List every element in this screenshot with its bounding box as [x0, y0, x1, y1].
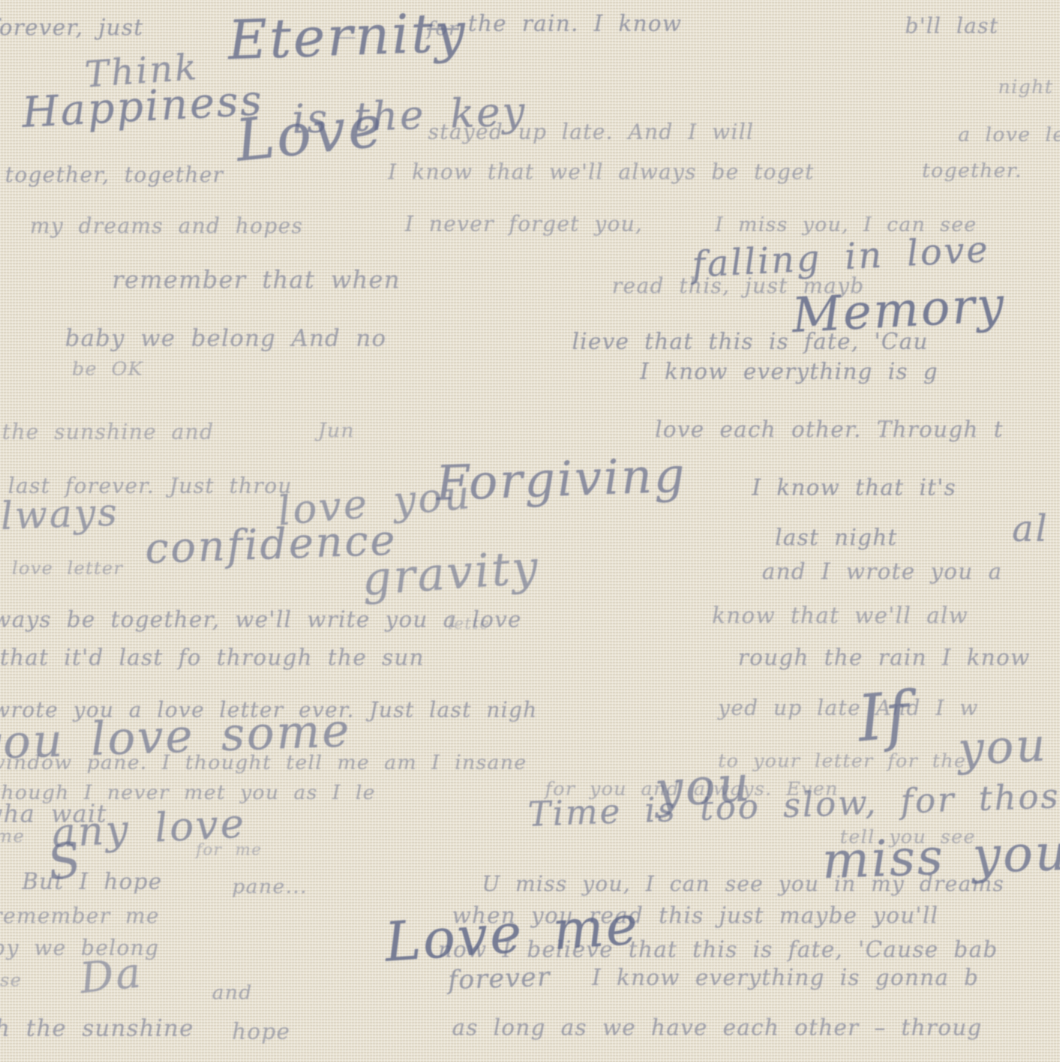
handwritten-phrase: for me: [196, 842, 262, 858]
handwritten-phrase: you: [957, 721, 1049, 772]
handwritten-phrase: rough the rain I know: [738, 648, 1030, 670]
handwritten-phrase: love letter: [12, 560, 123, 578]
handwritten-phrase: lette: [448, 616, 490, 632]
handwritten-phrase: stayed up late. And I will: [428, 122, 754, 143]
handwritten-phrase: forever: [448, 964, 551, 994]
handwritten-phrase: I know that it's: [752, 478, 956, 500]
handwritten-phrase: the rain. I know: [468, 14, 682, 36]
handwritten-phrase: as long as we have each other – throug: [452, 1018, 982, 1040]
handwritten-phrase: always: [0, 493, 120, 536]
handwritten-phrase: But I hope: [22, 872, 162, 894]
handwritten-phrase: I know everything is gonna b: [592, 968, 979, 990]
handwriting-layer: forever, just—forthe rain. I knowb'll la…: [0, 0, 1060, 1062]
handwritten-phrase: together, together: [5, 165, 224, 186]
handwritten-phrase: my dreams and hopes: [30, 216, 303, 237]
handwritten-phrase: the sunshine and: [2, 422, 214, 443]
handwritten-phrase: and: [212, 982, 253, 1002]
handwritten-phrase: be OK: [72, 360, 143, 379]
handwritten-phrase: last night: [775, 528, 898, 550]
handwritten-phrase: know that we'll alw: [712, 606, 968, 628]
handwritten-phrase: Love: [233, 97, 387, 170]
handwritten-phrase: baby we belong And no: [65, 328, 387, 351]
handwritten-phrase: b'll last: [905, 16, 999, 37]
handwritten-phrase: I know that we'll always be toget: [388, 162, 814, 183]
handwritten-phrase: me: [0, 828, 25, 846]
handwritten-phrase: hope: [232, 1022, 291, 1044]
handwritten-phrase: confidence: [144, 519, 397, 570]
handwritten-phrase: al: [1012, 512, 1049, 548]
handwritten-phrase: yed up late And I w: [718, 698, 979, 719]
handwritten-phrase: se: [0, 972, 22, 990]
handwritten-phrase: Da: [78, 952, 145, 1000]
handwritten-phrase: ways be together, we'll write you a love: [0, 610, 522, 632]
handwritten-phrase: U miss you, I can see you in my dreams: [482, 874, 1005, 895]
handwritten-phrase: Happiness: [21, 79, 265, 134]
handwritten-phrase: h the sunshine: [0, 1018, 194, 1041]
handwritten-phrase: Jun: [318, 420, 355, 440]
handwritten-phrase: I never forget you,: [405, 214, 643, 235]
handwritten-phrase: remember that when: [112, 268, 400, 292]
handwritten-phrase: night: [998, 78, 1053, 97]
handwritten-phrase: that it'd last fo through the sun: [0, 648, 424, 670]
handwritten-phrase: now I believe that this is fate, 'Cause …: [438, 940, 998, 962]
handwritten-phrase: love each other. Through t: [655, 420, 1004, 442]
handwritten-phrase: If: [855, 684, 913, 752]
handwritten-phrase: Forgiving: [435, 451, 687, 508]
handwritten-phrase: window pane. I thought tell me am I insa…: [0, 752, 527, 772]
handwritten-phrase: remember me: [0, 906, 160, 927]
wallpaper-canvas: forever, just—forthe rain. I knowb'll la…: [0, 0, 1060, 1062]
handwritten-phrase: forever, just: [0, 18, 144, 40]
handwritten-phrase: pane...: [232, 876, 308, 896]
handwritten-phrase: Eternity: [227, 6, 468, 68]
handwritten-phrase: together.: [922, 160, 1022, 180]
handwritten-phrase: lieve that this is fate, 'Cau: [572, 332, 928, 354]
handwritten-phrase: I miss you, I can see: [715, 214, 977, 234]
handwritten-phrase: and I wrote you a: [762, 562, 1002, 584]
handwritten-phrase: a love lette: [958, 124, 1060, 144]
handwritten-phrase: though I never met you as I le: [0, 782, 376, 802]
handwritten-phrase: to your letter for the: [718, 752, 966, 771]
handwritten-phrase: I know everything is g: [640, 362, 938, 384]
handwritten-phrase: gravity: [360, 544, 541, 602]
